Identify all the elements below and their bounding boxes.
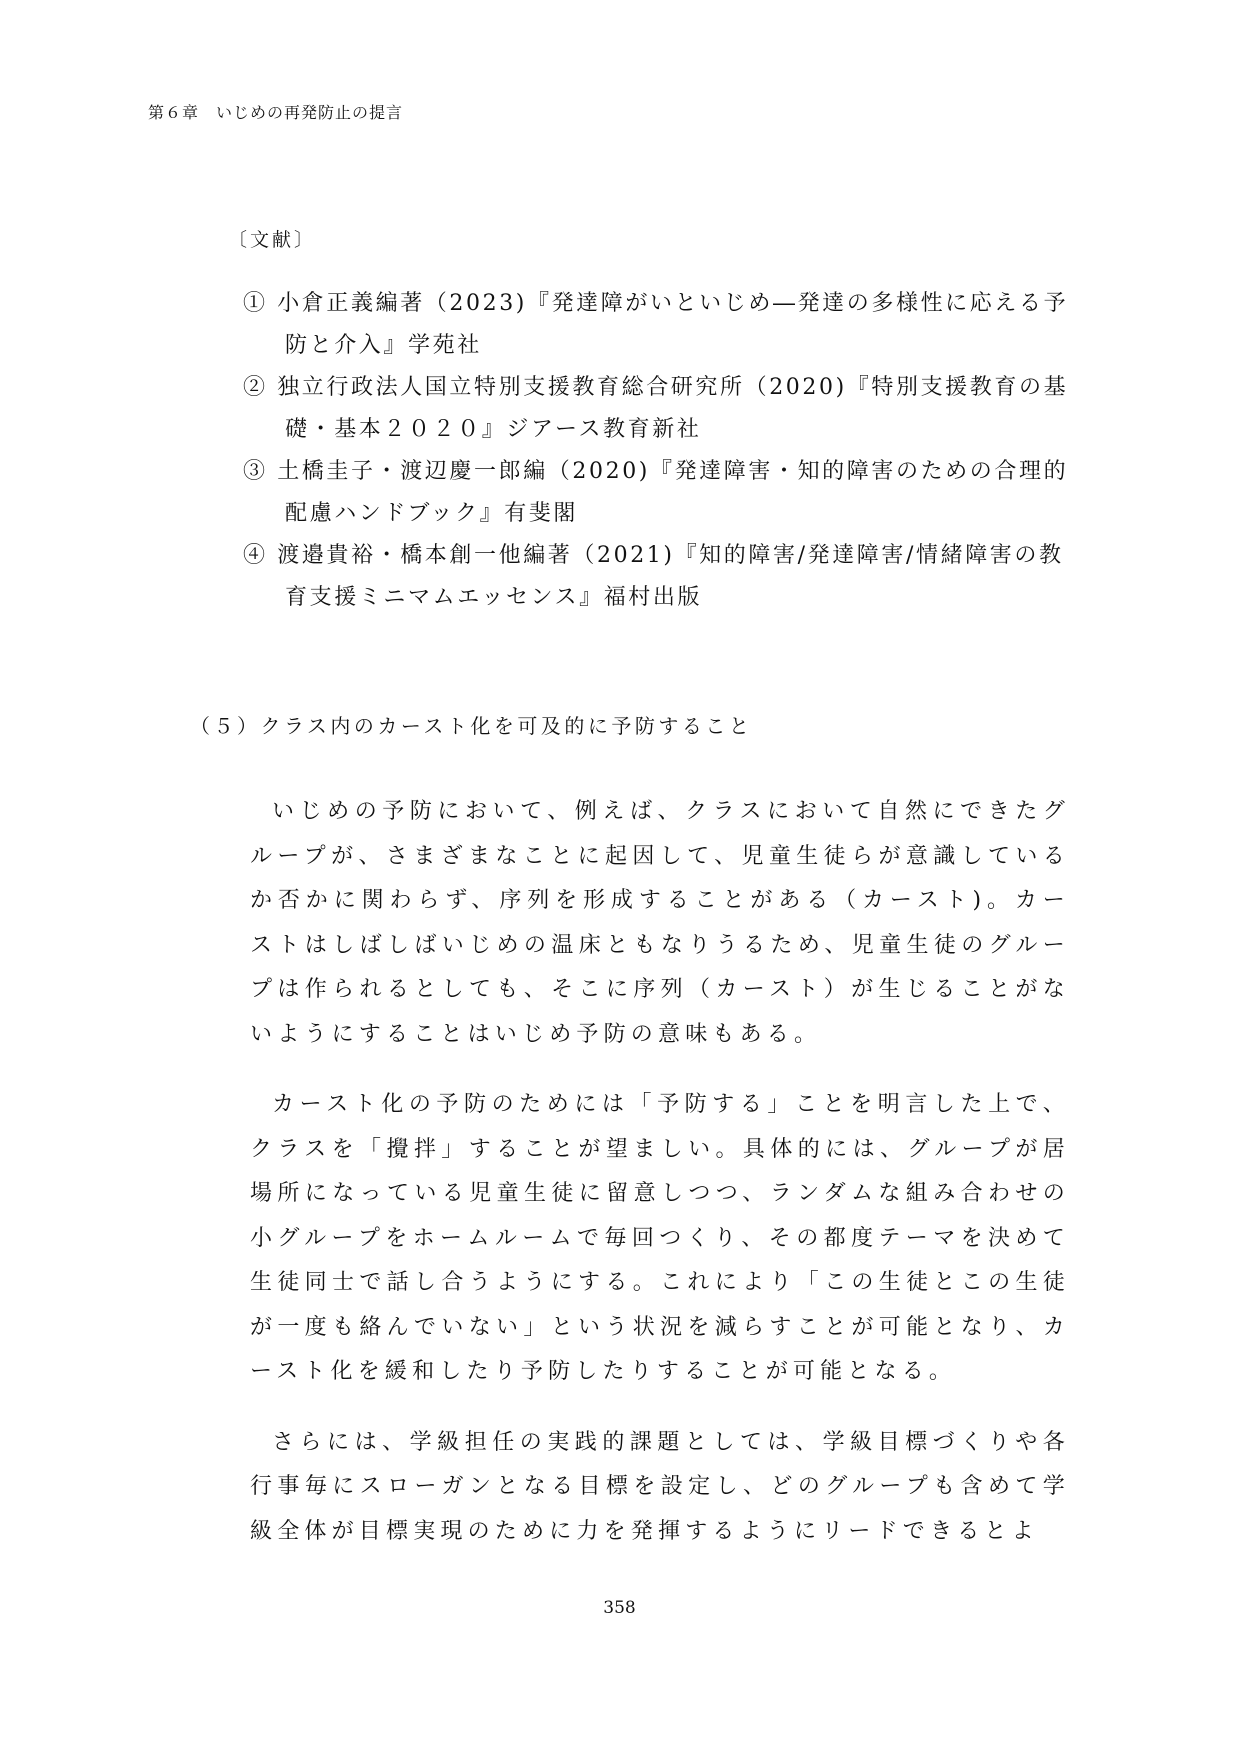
running-header: 第６章 いじめの再発防止の提言 [148, 100, 403, 123]
reference-item: ② 独立行政法人国立特別支援教育総合研究所（2020)『特別支援教育の基礎・基本… [243, 367, 1073, 451]
reference-number: ① [243, 291, 268, 316]
reference-list: ① 小倉正義編著（2023)『発達障がいといじめ―発達の多様性に応える予防と介入… [243, 283, 1073, 619]
section-body: いじめの予防において、例えば、クラスにおいて自然にできたグループが、さまざまなこ… [250, 790, 1070, 1580]
reference-text: 渡邉貴裕・橋本創一他編著（2021)『知的障害/発達障害/情緒障害の教育支援ミニ… [277, 543, 1063, 610]
body-paragraph: いじめの予防において、例えば、クラスにおいて自然にできたグループが、さまざまなこ… [250, 790, 1070, 1057]
reference-text: 土橋圭子・渡辺慶一郎編（2020)『発達障害・知的障害のための合理的配慮ハンドブ… [277, 459, 1068, 526]
reference-number: ② [243, 375, 268, 400]
reference-item: ③ 土橋圭子・渡辺慶一郎編（2020)『発達障害・知的障害のための合理的配慮ハン… [243, 451, 1073, 535]
reference-item: ① 小倉正義編著（2023)『発達障がいといじめ―発達の多様性に応える予防と介入… [243, 283, 1073, 367]
references-title: 〔文献〕 [228, 225, 316, 252]
body-paragraph: さらには、学級担任の実践的課題としては、学級目標づくりや各行事毎にスローガンとな… [250, 1421, 1070, 1555]
reference-text: 小倉正義編著（2023)『発達障がいといじめ―発達の多様性に応える予防と介入』学… [277, 291, 1068, 358]
body-paragraph: カースト化の予防のためには「予防する」ことを明言した上で、クラスを「攪拌」するこ… [250, 1083, 1070, 1395]
reference-text: 独立行政法人国立特別支援教育総合研究所（2020)『特別支援教育の基礎・基本２０… [277, 375, 1068, 442]
reference-number: ③ [243, 459, 268, 484]
reference-item: ④ 渡邉貴裕・橋本創一他編著（2021)『知的障害/発達障害/情緒障害の教育支援… [243, 535, 1073, 619]
page-number: 358 [0, 1598, 1239, 1618]
reference-number: ④ [243, 543, 268, 568]
section-heading: （５）クラス内のカースト化を可及的に予防すること [190, 710, 752, 739]
